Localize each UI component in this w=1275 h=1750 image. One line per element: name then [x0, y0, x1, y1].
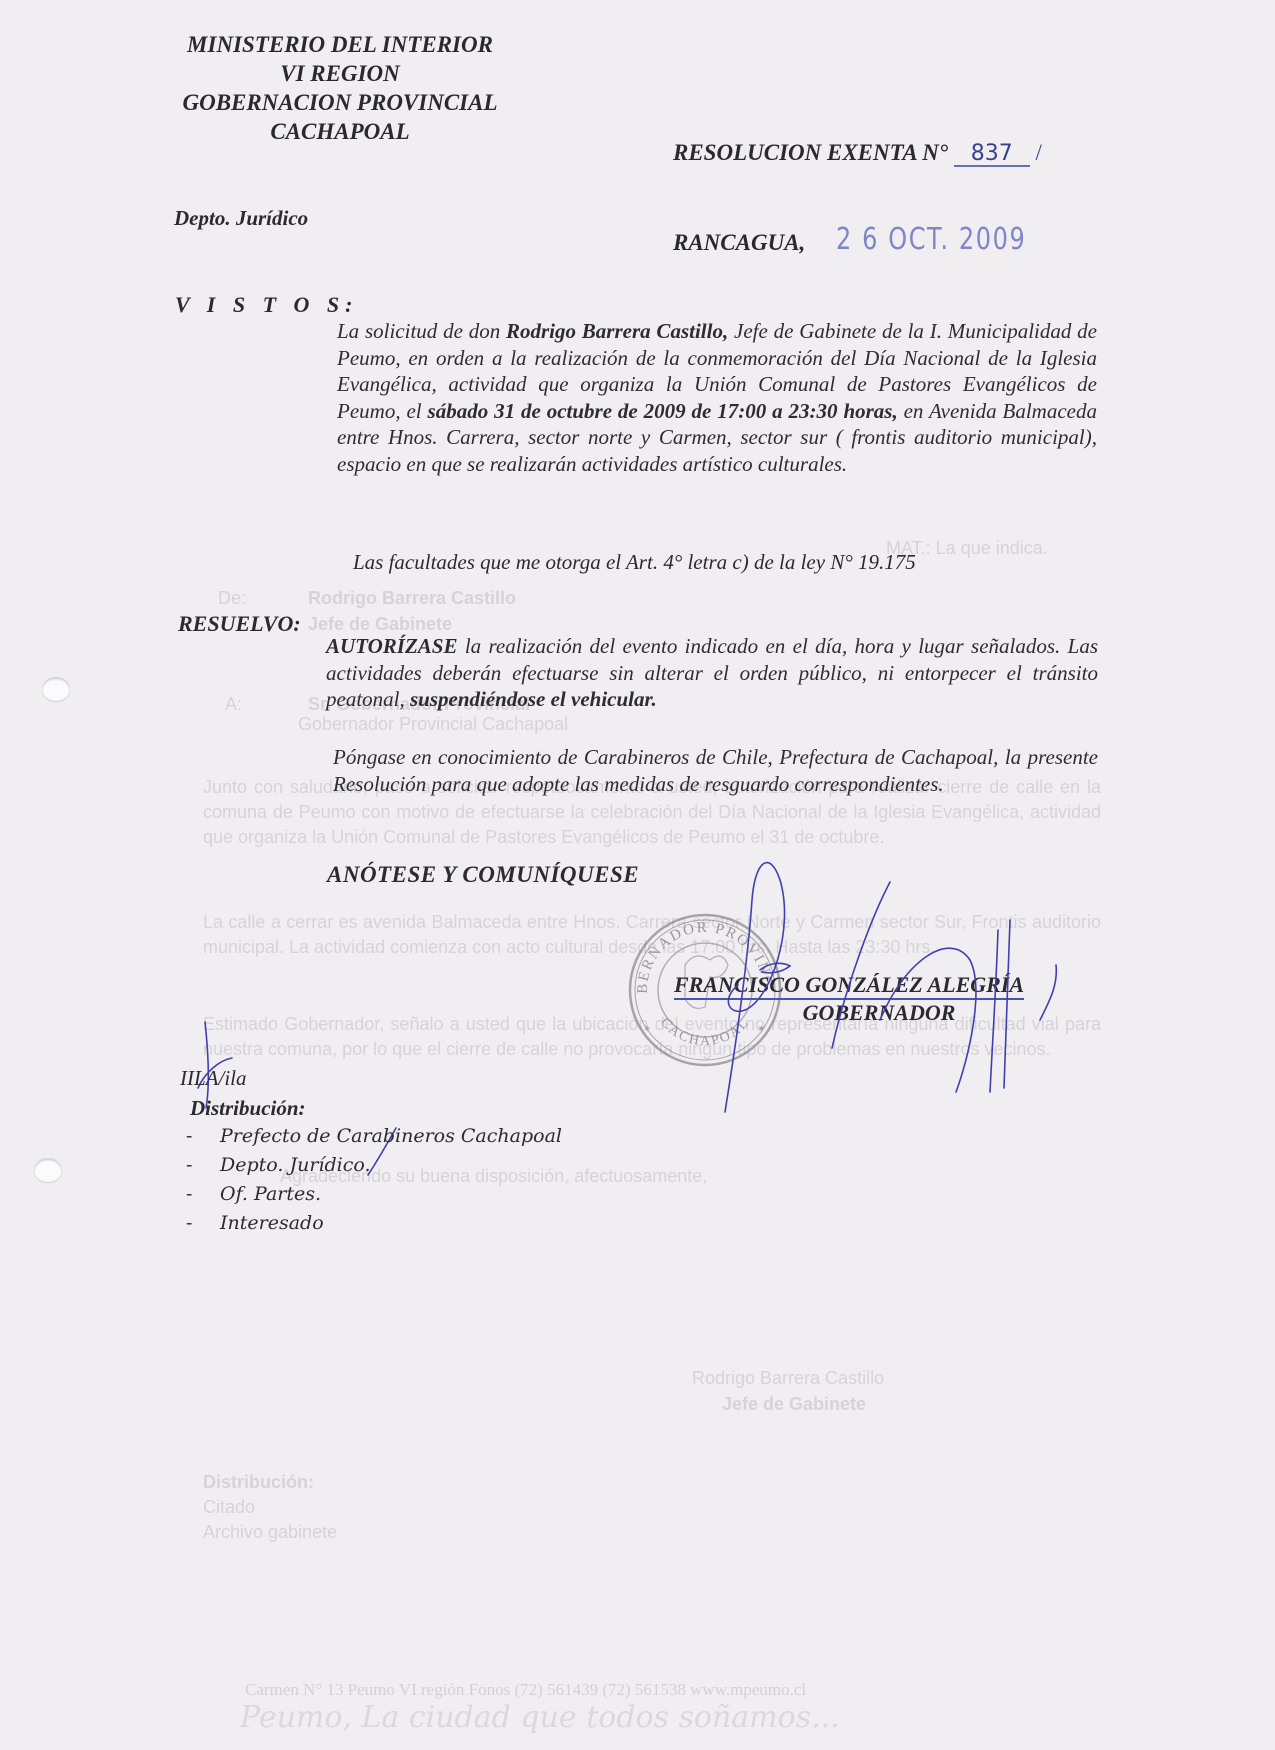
- vistos-heading: V I S T O S:: [175, 292, 358, 318]
- header-line-gobernacion: GOBERNACION PROVINCIAL: [160, 88, 520, 117]
- punch-hole-top: [42, 677, 70, 701]
- distribution-item: Prefecto de Carabineros Cachapoal: [186, 1122, 562, 1151]
- resolution-label: RESOLUCION EXENTA N°: [673, 140, 948, 165]
- distribution-item: Interesado: [186, 1209, 562, 1238]
- authorize-keyword: AUTORÍZASE: [326, 634, 458, 658]
- bleed-de-name: Rodrigo Barrera Castillo: [308, 586, 516, 611]
- bleed-de-label: De:: [218, 586, 246, 611]
- department-label: Depto. Jurídico: [174, 206, 308, 231]
- resolution-number: 837: [954, 143, 1030, 167]
- bleed-footer: Carmen N° 13 Peumo VI región Fonos (72) …: [245, 1680, 806, 1700]
- bleed-body-2: La calle a cerrar es avenida Balmaceda e…: [203, 910, 1101, 960]
- bleed-sign-name: Rodrigo Barrera Castillo: [692, 1366, 884, 1391]
- header-line-province: CACHAPOAL: [160, 117, 520, 146]
- date-stamp: 2 6 OCT. 2009: [836, 222, 1026, 257]
- header-line-ministry: MINISTERIO DEL INTERIOR: [160, 30, 520, 59]
- signatory-name: FRANCISCO GONZÁLEZ ALEGRÍA: [674, 972, 1024, 1000]
- bleed-a-label: A:: [225, 692, 242, 717]
- authorize-vehicular-clause: suspendiéndose el vehicular.: [410, 687, 657, 711]
- signatory-block: FRANCISCO GONZÁLEZ ALEGRÍA GOBERNADOR: [674, 972, 1024, 1026]
- resolution-suffix: /: [1036, 140, 1042, 165]
- notify-paragraph: Póngase en conocimiento de Carabineros d…: [333, 744, 1098, 797]
- city-label: RANCAGUA,: [673, 230, 805, 256]
- institution-header: MINISTERIO DEL INTERIOR VI REGION GOBERN…: [160, 30, 520, 146]
- event-date-time: sábado 31 de octubre de 2009 de 17:00 a …: [428, 399, 898, 423]
- bleed-a-title: Gobernador Provincial Cachapoal: [298, 712, 568, 737]
- legal-basis: Las facultades que me otorga el Art. 4° …: [353, 550, 916, 575]
- drafter-initials: IILA/ila: [180, 1066, 247, 1091]
- bleed-slogan: Peumo, La ciudad que todos soñamos...: [240, 1700, 840, 1735]
- header-line-region: VI REGION: [160, 59, 520, 88]
- resuelvo-heading: RESUELVO:: [178, 611, 301, 637]
- bleed-dist-1: Citado: [203, 1495, 255, 1520]
- signatory-title: GOBERNADOR: [674, 1000, 1024, 1026]
- distribution-item: Of. Partes.: [186, 1180, 562, 1209]
- authorization-paragraph: AUTORÍZASE la realización del evento ind…: [326, 633, 1098, 713]
- resolution-number-line: RESOLUCION EXENTA N° 837 /: [673, 140, 1042, 167]
- distribution-list: Prefecto de Carabineros Cachapoal Depto.…: [186, 1122, 562, 1238]
- bleed-dist-title: Distribución:: [203, 1470, 314, 1495]
- vistos-paragraph: La solicitud de don Rodrigo Barrera Cast…: [337, 318, 1097, 477]
- document-page: MAT.: La que indica. De: Rodrigo Barrera…: [0, 0, 1275, 1750]
- distribution-heading: Distribución:: [190, 1096, 306, 1121]
- bleed-dist-2: Archivo gabinete: [203, 1520, 337, 1545]
- requester-name: Rodrigo Barrera Castillo,: [506, 319, 728, 343]
- bleed-sign-title: Jefe de Gabinete: [722, 1392, 866, 1417]
- vistos-text-intro: La solicitud de don: [337, 319, 506, 343]
- closing-formula: ANÓTESE Y COMUNÍQUESE: [327, 862, 639, 888]
- punch-hole-bottom: [34, 1158, 62, 1182]
- distribution-item: Depto. Jurídico.: [186, 1151, 562, 1180]
